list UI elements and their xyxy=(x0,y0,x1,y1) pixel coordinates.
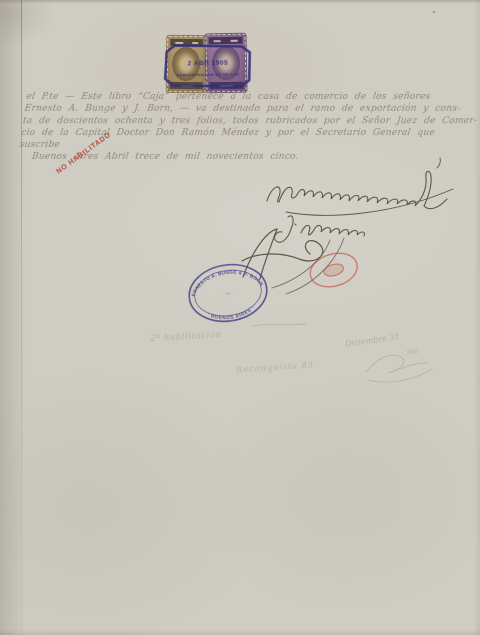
red-oval-arc-bottom: · · · · · xyxy=(333,282,344,289)
firm-oval-stamp: ERNESTO A. BUNGE & J. BORN · BUENOS AIRE… xyxy=(182,256,275,330)
signature-mendez-tick xyxy=(437,158,440,168)
signature-reynoso xyxy=(275,216,365,242)
svg-text:· · · · ·: · · · · · xyxy=(333,282,344,289)
firm-oval-center: · — · xyxy=(223,290,234,297)
pencil-signature xyxy=(366,355,432,382)
signature-mendez xyxy=(267,171,447,208)
signature-mendez-underline xyxy=(286,189,453,215)
document-page: 2 ABR 1905 ADMINISTRACION DE SELLOS el P… xyxy=(0,0,480,635)
pencil-scribble xyxy=(253,324,306,326)
